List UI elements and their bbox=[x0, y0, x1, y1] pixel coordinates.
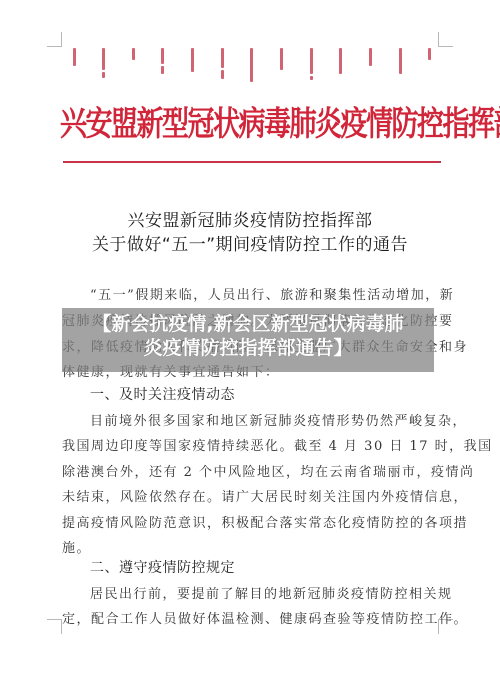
mongolian-word bbox=[369, 48, 373, 84]
crop-mark-top-left bbox=[47, 32, 62, 47]
section-1-line: 目前境外很多国家和地区新冠肺炎疫情形势仍然严峻复杂， bbox=[90, 410, 442, 429]
notice-issuer: 兴安盟新冠肺炎疫情防控指挥部 bbox=[0, 206, 500, 231]
mongolian-script-header bbox=[72, 48, 432, 84]
mongolian-word bbox=[398, 48, 402, 84]
overlay-caption-line-1: 【新会抗疫情,新会区新型冠状病毒肺 bbox=[92, 313, 403, 335]
mongolian-word bbox=[280, 48, 284, 84]
letterhead-rule bbox=[63, 161, 441, 163]
document-page: 兴安盟新型冠状病毒肺炎疫情防控指挥部 兴安盟新冠肺炎疫情防控指挥部 关于做好“五… bbox=[0, 0, 500, 684]
section-1-line: 提高疫情风险防范意识，积极配合落实常态化疫情防控的各项措 bbox=[62, 512, 442, 531]
mongolian-word bbox=[102, 48, 106, 84]
mongolian-word bbox=[339, 48, 343, 84]
section-2-line: 定，配合工作人员做好体温检测、健康码查验等疫情防控工作。 bbox=[62, 608, 442, 627]
crop-mark-bottom-left bbox=[47, 619, 62, 634]
mongolian-word bbox=[131, 48, 135, 84]
section-heading-1: 一、及时关注疫情动态 bbox=[90, 384, 235, 404]
section-1-line: 我国周边印度等国家疫情持续恶化。截至 4 月 30 日 17 时，我国 bbox=[62, 435, 442, 454]
notice-subject: 关于做好“五一”期间疫情防控工作的通告 bbox=[0, 230, 500, 255]
mongolian-word bbox=[250, 48, 254, 84]
overlay-caption-line-2: 炎疫情防控指挥部通告】 bbox=[62, 336, 434, 360]
mongolian-word bbox=[309, 48, 313, 84]
section-1-line: 除港澳台外，还有 2 个中风险地区，均在云南省瑞丽市，疫情尚 bbox=[62, 461, 442, 480]
mongolian-word bbox=[428, 48, 432, 84]
mongolian-word bbox=[161, 48, 165, 84]
section-2-line: 居民出行前，要提前了解目的地新冠肺炎疫情防控相关规 bbox=[90, 583, 442, 602]
crop-mark-top-right bbox=[438, 32, 453, 47]
mongolian-word bbox=[72, 48, 76, 84]
intro-line: “五一”假期来临，人员出行、旅游和聚集性活动增加，新 bbox=[90, 284, 442, 303]
section-1-line: 施。 bbox=[62, 537, 442, 556]
mongolian-word bbox=[220, 48, 224, 84]
section-1-line: 未结束，风险依然存在。请广大居民时刻关注国内外疫情信息， bbox=[62, 486, 442, 505]
section-heading-2: 二、遵守疫情防控规定 bbox=[90, 557, 235, 577]
letterhead-title: 兴安盟新型冠状病毒肺炎疫情防控指挥部 bbox=[60, 94, 444, 157]
mongolian-word bbox=[191, 48, 195, 84]
overlay-caption: 【新会抗疫情,新会区新型冠状病毒肺 炎疫情防控指挥部通告】 bbox=[62, 312, 434, 360]
